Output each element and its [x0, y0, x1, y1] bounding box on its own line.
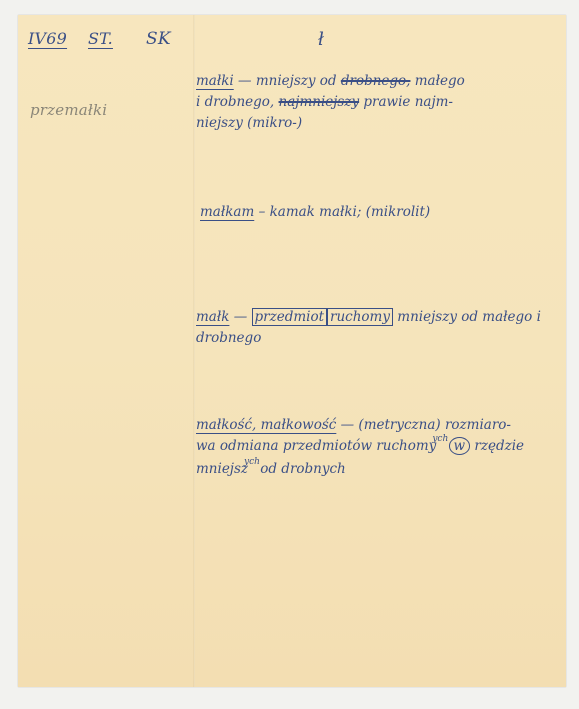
paper-fold: [193, 15, 195, 687]
dash: —: [234, 309, 248, 325]
text: małego: [415, 73, 465, 89]
text: mniejsz: [196, 461, 248, 477]
margin-note: przemałki: [30, 101, 107, 119]
circled-text: w: [449, 437, 471, 455]
text: mniejszy od małego i: [397, 309, 541, 325]
text: mniejszy od: [256, 73, 337, 89]
text: drobnego: [196, 328, 541, 349]
dash: —: [238, 73, 252, 89]
entry-malkam: małkam – kamak małki; (mikrolit): [200, 202, 430, 223]
manuscript-page: IV69 ST. SK ł przemałki małki — mniejszy…: [18, 15, 566, 687]
struck-text: drobnego,: [341, 73, 411, 89]
text: prawie najm-: [363, 94, 453, 110]
boxed-text: ruchomy: [327, 308, 393, 326]
text: i drobnego,: [196, 94, 274, 110]
headword: małkość, małkowość: [196, 417, 336, 433]
text: wa odmiana przedmiotów ruchomy: [196, 438, 436, 454]
text: (metryczna): [358, 417, 440, 433]
struck-text: najmniejszy: [279, 94, 360, 110]
text: – kamak małki; (mikrolit): [259, 204, 431, 220]
headword: małki: [196, 73, 234, 89]
abbreviation: ST.: [88, 29, 113, 48]
inserted-text: ych: [244, 457, 260, 467]
text: rzędzie: [474, 438, 524, 454]
entry-malk: małk — przedmiotruchomy mniejszy od małe…: [196, 307, 541, 349]
dash: —: [341, 417, 355, 433]
text: od drobnych: [260, 461, 346, 477]
code-label: SK: [146, 29, 171, 49]
headword: małkam: [200, 204, 254, 220]
text: rozmiaro-: [445, 417, 511, 433]
entry-malkosc: małkość, małkowość — (metryczna) rozmiar…: [196, 415, 524, 482]
inserted-text: ych: [432, 434, 448, 444]
letter-heading: ł: [318, 29, 324, 50]
catalog-number: IV69: [28, 29, 67, 48]
entry-malki: małki — mniejszy od drobnego, małego i d…: [196, 71, 465, 134]
text: niejszy (mikro-): [196, 113, 465, 134]
boxed-text: przedmiot: [252, 308, 328, 326]
headword: małk: [196, 309, 229, 325]
